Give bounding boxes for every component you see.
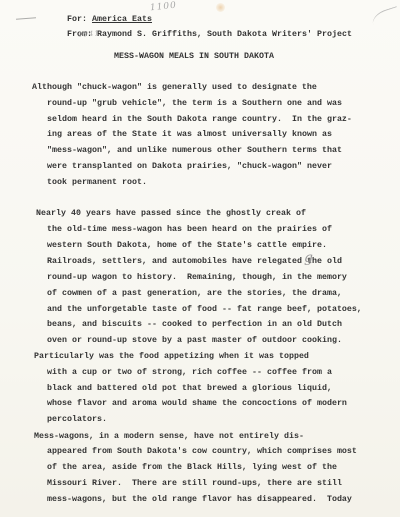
text-line: beans, and biscuits -- cooked to perfect… (47, 320, 342, 330)
pencil-curve-mark (370, 6, 400, 31)
handwritten-year: 1941 (78, 29, 100, 39)
text-line: Missouri River. There are still round-up… (47, 479, 342, 489)
text-line: "mess-wagon", and unlike numerous other … (47, 146, 342, 156)
text-line: Although "chuck-wagon" is generally used… (7, 83, 317, 93)
handwritten-number: 1100 (150, 1, 178, 14)
text-line: and the unforgetable taste of food -- fa… (47, 305, 362, 315)
text-line: Nearly 40 years have passed since the gh… (11, 209, 306, 219)
pencil-dash-mark (16, 17, 36, 19)
text-line: whose flavor and aroma would shame the c… (47, 399, 347, 409)
text-line: mess-wagons, but the old range flavor ha… (47, 495, 352, 505)
text-line: seldom heard in the South Dakota range c… (47, 115, 352, 125)
text-line: appeared from South Dakota's cow country… (47, 447, 357, 457)
document-page: For: America Eats 1100 From: Raymond S. … (0, 0, 400, 517)
text-line: round-up wagon to history. Remaining, th… (47, 273, 347, 283)
text-line: western South Dakota, home of the State'… (47, 241, 327, 251)
from-value: Raymond S. Griffiths, South Dakota Write… (97, 30, 352, 39)
page-title: MESS-WAGON MEALS IN SOUTH DAKOTA (114, 52, 274, 62)
text-line: oven or round-up stove by a past master … (47, 336, 342, 346)
text-line: Particularly was the food appetizing whe… (9, 352, 309, 362)
text-line: ing areas of the State it was almost uni… (47, 130, 332, 140)
text-line: with a cup or two of strong, rich coffee… (47, 368, 332, 378)
text-line: were transplanted on Dakota prairies, "c… (47, 162, 332, 172)
text-line: percolators. (47, 415, 107, 425)
text-line: of the area, aside from the Black Hills,… (47, 463, 337, 473)
text-line: the old-time mess-wagon has been heard o… (47, 225, 332, 235)
text-line: Railroads, settlers, and automobiles hav… (47, 257, 342, 267)
paper-stain (216, 3, 225, 12)
text-line: took permanent root. (47, 178, 147, 188)
text-line: of cowmen of a past generation, are the … (47, 289, 342, 299)
text-line: Mess-wagons, in a modern sense, have not… (9, 432, 304, 442)
text-line: round-up "grub vehicle", the term is a S… (47, 99, 342, 109)
handwritten-correction: g (304, 250, 313, 266)
text-line: black and battered old pot that brewed a… (47, 384, 332, 394)
